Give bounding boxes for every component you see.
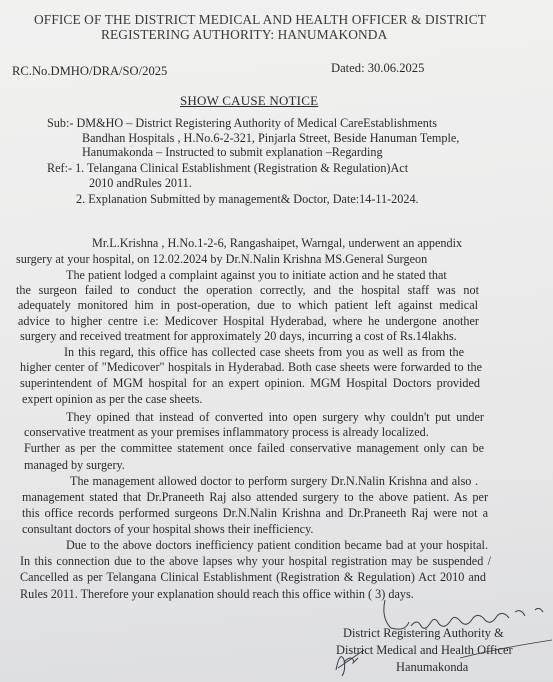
signature-line3: Hanumakonda [396, 660, 468, 674]
body-line: consultant doctors of your hospital show… [22, 522, 313, 536]
body-line: higher center of "Medicover" hospitals i… [20, 360, 482, 374]
body-line: expert opinion as per the case sheets. [22, 392, 202, 406]
notice-date: Dated: 30.06.2025 [331, 61, 424, 75]
signature-line2: District Medical and Health Officer [336, 643, 513, 657]
body-line: the surgeon failed to conduct the operat… [16, 283, 479, 297]
subject-line1: Sub:- DM&HO – District Registering Autho… [47, 116, 437, 130]
body-line: The patient lodged a complaint against y… [66, 268, 447, 282]
body-line: management stated that Dr.Praneeth Raj a… [22, 490, 488, 504]
subject-line3: Hanumakonda – Instructed to submit expla… [82, 145, 383, 159]
body-line: managed by surgery. [24, 458, 125, 472]
body-line: Due to the above doctors inefficiency pa… [66, 538, 488, 552]
notice-title: SHOW CAUSE NOTICE [180, 94, 318, 108]
body-line: They opined that instead of converted in… [66, 410, 484, 424]
body-line: advice to higher centre i.e: Medicover H… [18, 314, 479, 328]
body-line: adequately monitored him in post-operati… [18, 298, 478, 312]
body-line: Cancelled as per Telangana Clinical Esta… [20, 570, 486, 584]
body-line: conservative treatment as your premises … [24, 425, 429, 439]
body-line: Mr.L.Krishna , H.No.1-2-6, Rangashaipet,… [92, 236, 482, 250]
body-line: surgery and received treatment for appro… [20, 329, 457, 343]
reference-number: RC.No.DMHO/DRA/SO/2025 [12, 64, 167, 78]
body-line: In this connection due to the above laps… [20, 554, 491, 568]
reference-1-line2: 2010 andRules 2011. [89, 176, 192, 190]
body-line: Rules 2011. Therefore your explanation s… [20, 587, 414, 601]
body-line: Further as per the committee statement o… [24, 441, 484, 455]
reference-1-line1: Ref:- 1. Telangana Clinical Establishmen… [47, 161, 408, 175]
body-line: surgery at your hospital, on 12.02.2024 … [16, 252, 446, 266]
office-header-line2: REGISTERING AUTHORITY: HANUMAKONDA [101, 28, 387, 42]
show-cause-notice-document: OFFICE OF THE DISTRICT MEDICAL AND HEALT… [0, 0, 553, 682]
office-header-line1: OFFICE OF THE DISTRICT MEDICAL AND HEALT… [34, 13, 480, 27]
subject-line2: Bandhan Hospitals , H.No.6-2-321, Pinjar… [82, 131, 459, 145]
body-line: superintendent of MGM hospital for an ex… [20, 376, 480, 390]
body-line: this office records performed surgeons D… [22, 506, 488, 520]
signature-line1: District Registering Authority & [343, 626, 504, 640]
body-line: The management allowed doctor to perform… [70, 474, 478, 488]
reference-2: 2. Explanation Submitted by management& … [76, 192, 419, 206]
body-line: In this regard, this office has collecte… [64, 345, 464, 359]
